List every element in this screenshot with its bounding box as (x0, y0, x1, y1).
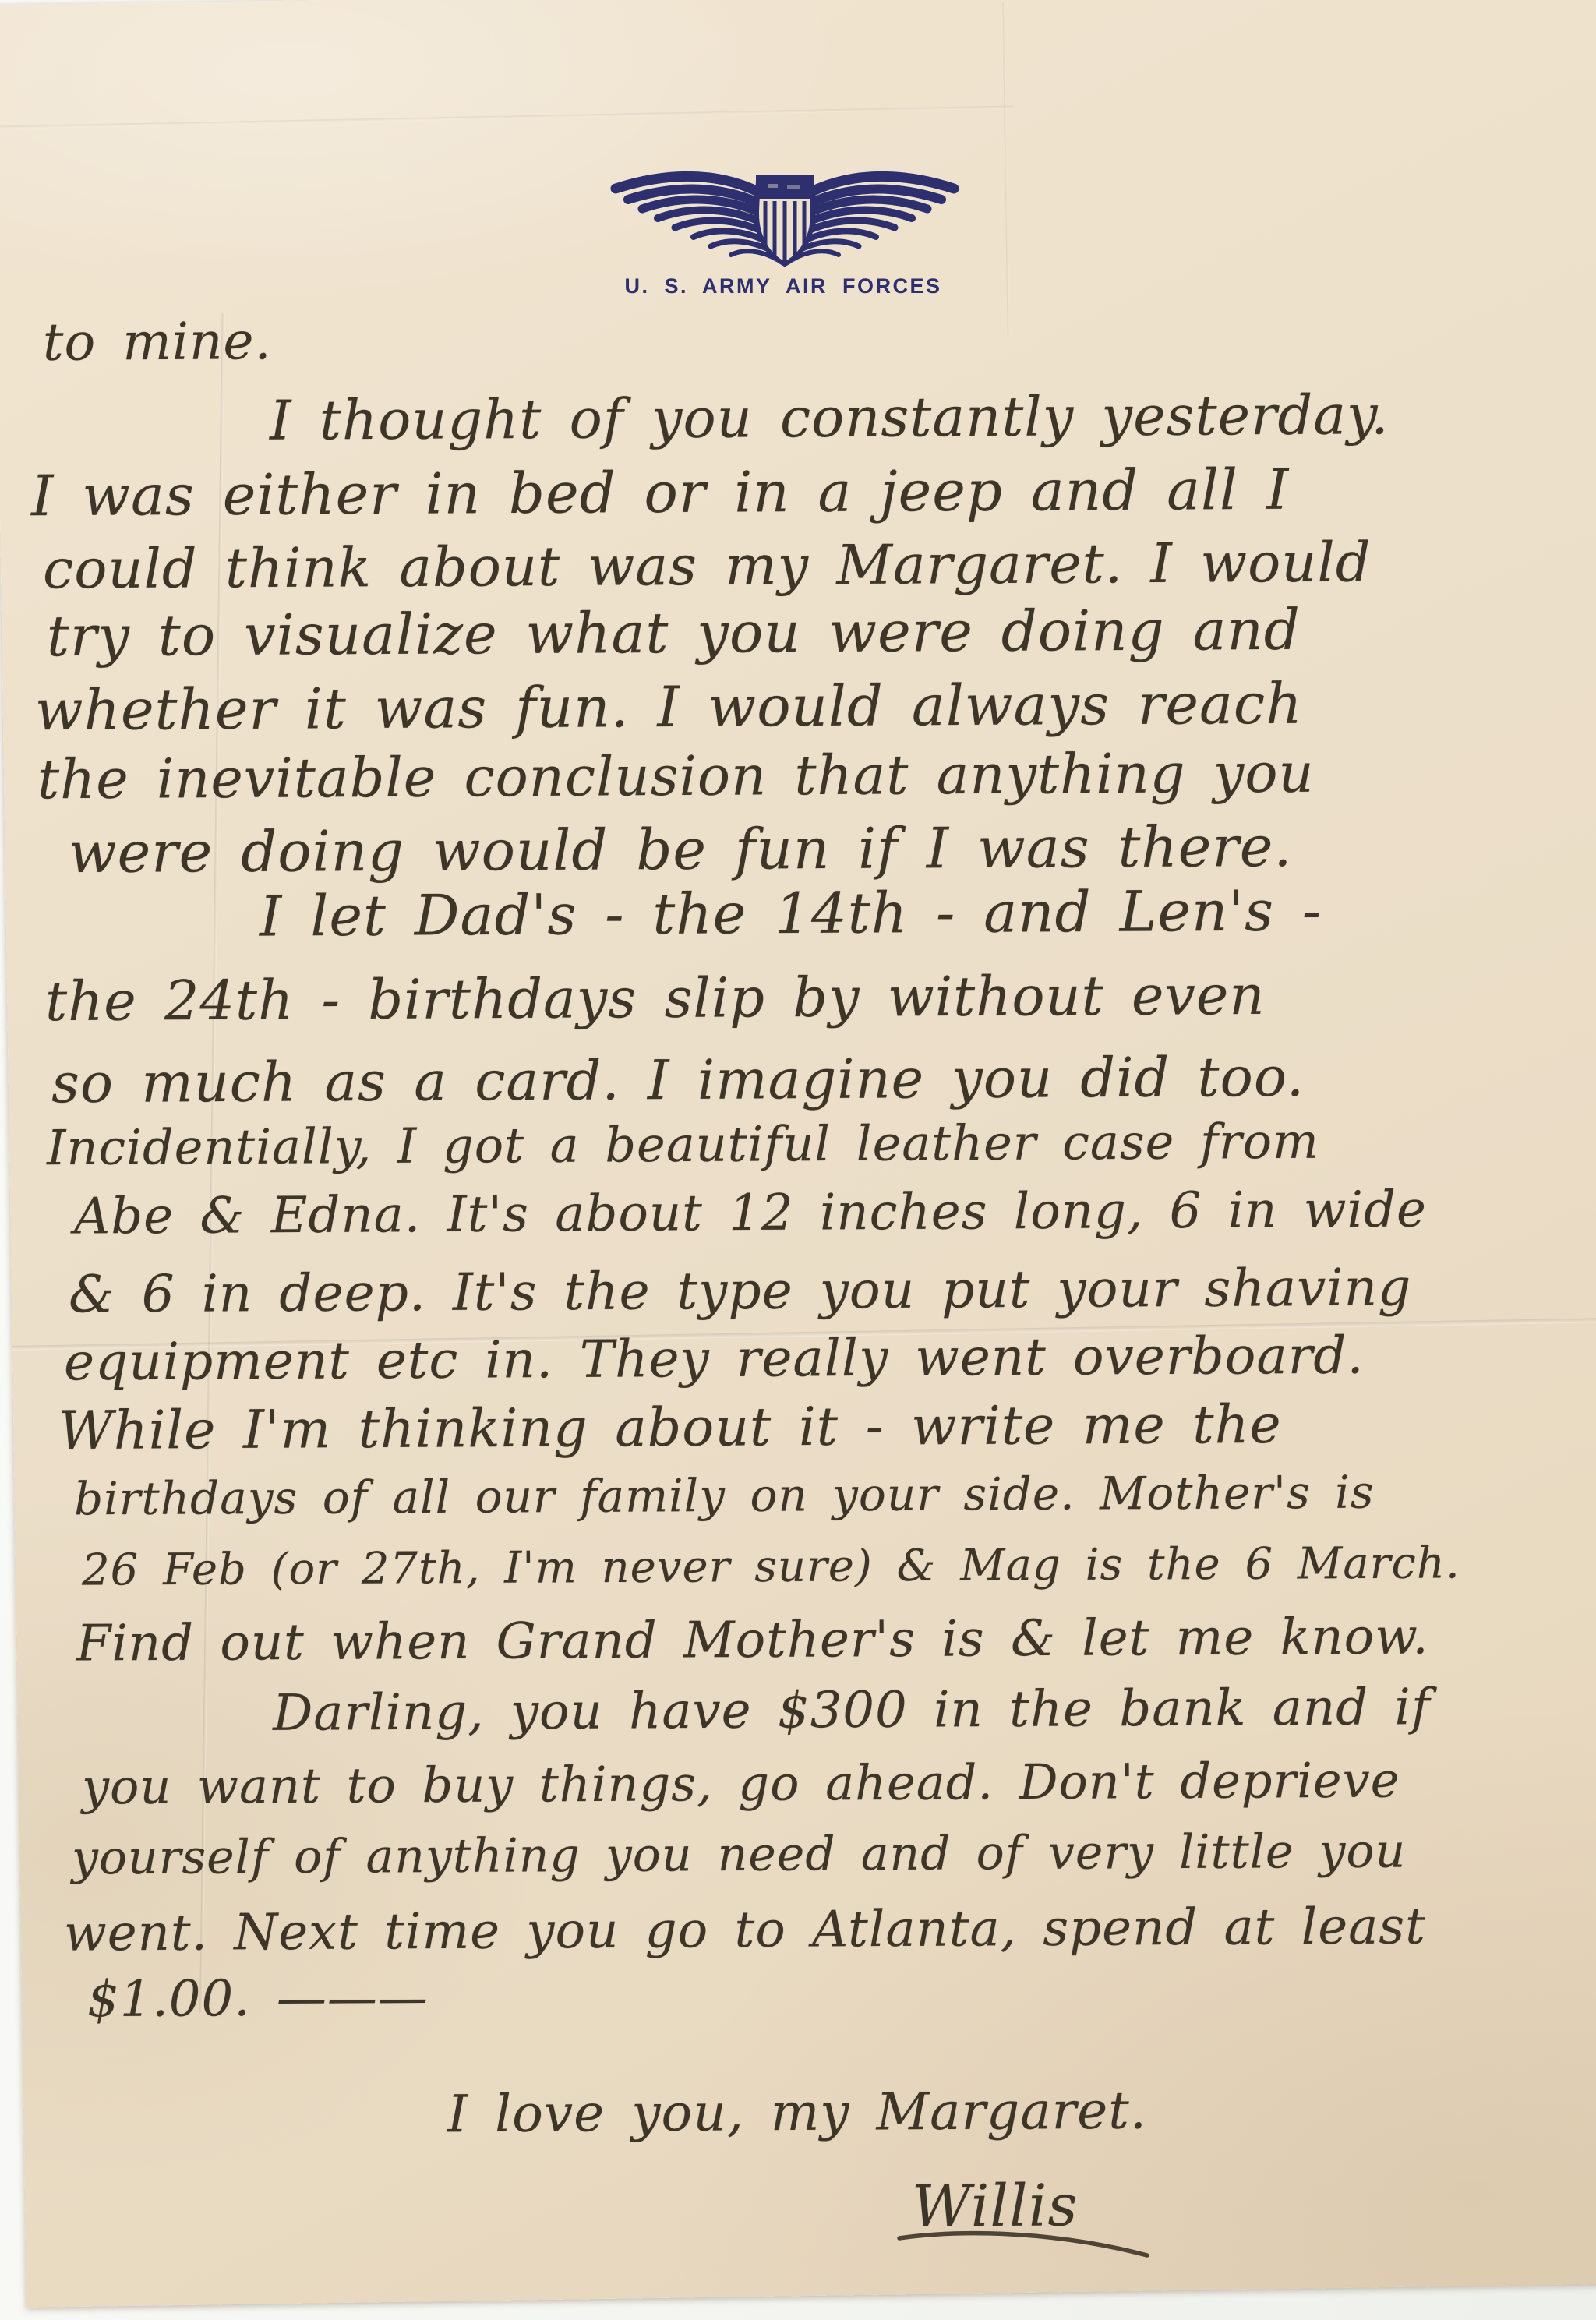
letter-line: went. Next time you go to Atlanta, spend… (64, 1898, 1426, 1962)
letter-line: could think about was my Margaret. I wou… (43, 531, 1372, 602)
letter-line: so much as a card. I imagine you did too… (51, 1045, 1305, 1115)
letter-line: the inevitable conclusion that anything … (37, 741, 1315, 812)
letter-line: equipment etc in. They really went overb… (64, 1326, 1365, 1393)
letter-line: the 24th - birthdays slip by without eve… (45, 963, 1266, 1033)
letter-line: $1.00. ——— (87, 1969, 429, 2029)
letter-line: to mine. (43, 311, 272, 373)
letter-line: Incidentially, I got a beautiful leather… (47, 1113, 1319, 1177)
scanned-letter-page: U. S. ARMY AIR FORCES to mine.I thought … (0, 0, 1596, 2320)
letter-line: Find out when Grand Mother's is & let me… (76, 1608, 1429, 1672)
letter-line: you want to buy things, go ahead. Don't … (82, 1752, 1400, 1816)
letter-line: 26 Feb (or 27th, I'm never sure) & Mag i… (82, 1538, 1460, 1595)
letter-line: try to visualize what you were doing and (47, 597, 1301, 669)
letter-line: I let Dad's - the 14th - and Len's - (260, 878, 1322, 948)
letter-line: I was either in bed or in a jeep and all… (31, 457, 1290, 528)
letter-line: While I'm thinking about it - write me t… (58, 1394, 1282, 1462)
letter-line: Darling, you have $300 in the bank and i… (273, 1679, 1431, 1743)
signature-underline-flourish (895, 2227, 1155, 2263)
letter-content: U. S. ARMY AIR FORCES to mine.I thought … (0, 0, 1596, 2320)
closing: I love you, my Margaret. (447, 2081, 1147, 2145)
letter-line: were doing would be fun if I was there. (69, 814, 1293, 885)
letterhead-title: U. S. ARMY AIR FORCES (591, 274, 976, 298)
aaf-pilot-wings-icon (602, 162, 968, 275)
letter-line: Abe & Edna. It's about 12 inches long, 6… (74, 1181, 1427, 1245)
letter-line: birthdays of all our family on your side… (74, 1466, 1375, 1526)
letter-line: I thought of you constantly yesterday. (270, 383, 1389, 453)
letter-line: & 6 in deep. It's the type you put your … (69, 1257, 1412, 1324)
letter-line: whether it was fun. I would always reach (35, 671, 1303, 743)
letter-line: yourself of anything you need and of ver… (72, 1824, 1406, 1886)
